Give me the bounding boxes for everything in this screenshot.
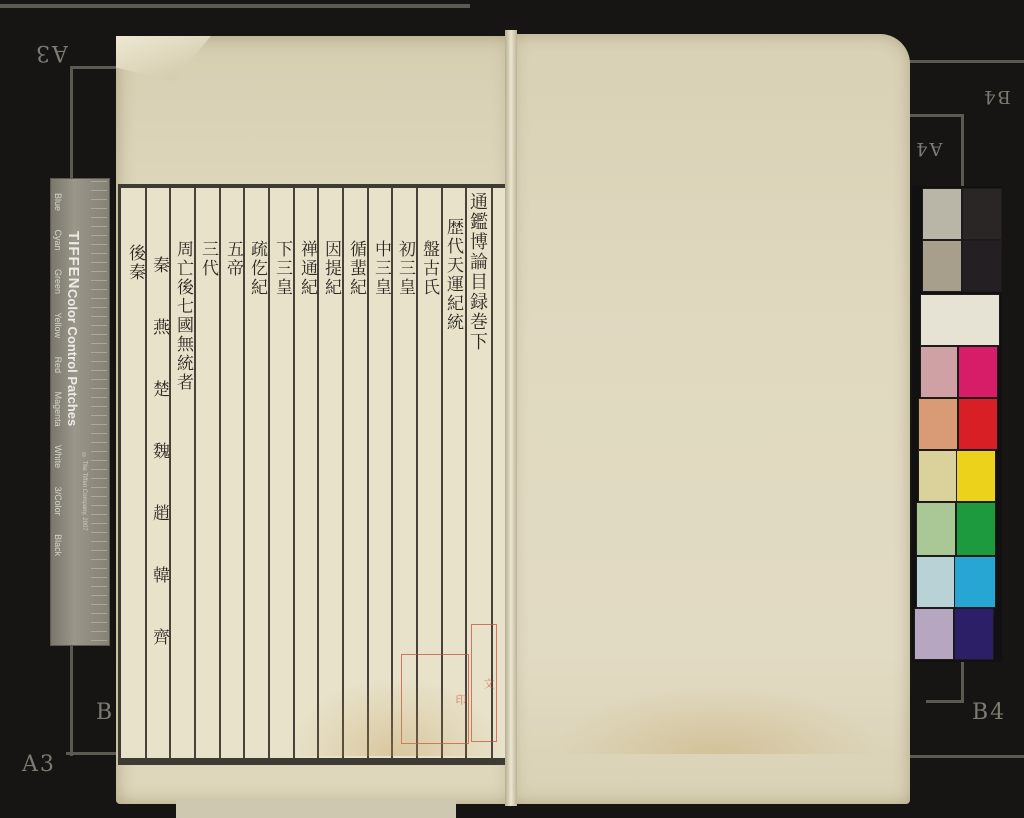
mat-label-top-left: A3: [34, 40, 68, 65]
patch-white: [920, 294, 1000, 346]
color-patch-chart: [912, 186, 1002, 662]
tiffen-copyright: © The Tiffen Company, 2007: [81, 453, 87, 531]
water-stain: [552, 684, 882, 754]
column-rule: [317, 188, 319, 758]
patch-gray-mid: [922, 240, 962, 292]
column-rule: [219, 188, 221, 758]
column-rule: [145, 188, 147, 758]
water-stain: [286, 676, 506, 756]
toc-entry: 禅通紀: [297, 240, 317, 297]
patch-magenta: [958, 346, 998, 398]
toc-entry: 中三皇: [371, 240, 391, 297]
mat-grid-line: [905, 60, 1024, 63]
mat-grid-line: [0, 4, 470, 8]
patch-green: [956, 502, 996, 556]
mat-grid-line: [905, 755, 1024, 758]
patch-cyan: [954, 556, 996, 608]
mat-grid-line: [961, 114, 964, 190]
patch-names: Blue Cyan Green Yellow Red Magenta White…: [53, 193, 63, 556]
mat-grid-line: [905, 114, 963, 117]
patch-peach: [918, 398, 958, 450]
mat-grid-line: [66, 752, 120, 755]
mat-grid-line: [926, 700, 964, 703]
folded-corner: [116, 36, 211, 81]
toc-entry: 初三皇: [395, 240, 415, 297]
book-gutter: [505, 30, 517, 806]
column-rule: [342, 188, 344, 758]
left-page: 通鑑博論目録巻下 歴代天運紀統 盤古氏 初三皇 中三皇 循蜚紀 因提紀 禅通紀 …: [116, 36, 512, 804]
mat-grid-line: [70, 66, 120, 69]
toc-entry: 五帝: [223, 240, 243, 278]
ruler-scale: [91, 181, 107, 643]
column-rule: [243, 188, 245, 758]
toc-entry: 因提紀: [321, 240, 341, 297]
toc-entry: 周亡後七國無統者: [173, 240, 193, 392]
column-rule: [367, 188, 369, 758]
toc-entry: 秦 燕 楚 魏 趙 韓 齊: [149, 256, 169, 659]
mat-label-bottom-right: B4: [972, 700, 1006, 725]
tiffen-logo: TIFFEN: [65, 231, 82, 290]
toc-entry: 後秦: [125, 244, 145, 282]
column-rule: [391, 188, 393, 758]
toc-entry: 歴代天運紀統: [443, 218, 463, 332]
tiffen-title: Color Control Patches: [65, 289, 80, 426]
mat-label-top-right-inner: A4: [914, 138, 942, 159]
patch-pale-cyan: [916, 556, 956, 608]
page-tab-strip: [176, 800, 456, 818]
patch-black-2: [962, 240, 1002, 292]
patch-black: [962, 188, 1002, 240]
toc-entry: 下三皇: [272, 240, 292, 297]
mat-label-bottom-left: A3: [22, 752, 56, 777]
toc-entry: 循蜚紀: [346, 240, 366, 297]
patch-pale-yellow: [918, 450, 958, 502]
toc-entry: 疏仡紀: [247, 240, 267, 297]
right-page-blank: [512, 34, 910, 804]
column-rule: [293, 188, 295, 758]
mat-label-bottom-left-inner: B: [96, 700, 114, 725]
patch-pale-green: [916, 502, 956, 556]
patch-gray-light: [922, 188, 962, 240]
patch-red: [958, 398, 998, 450]
patch-lavender: [914, 608, 954, 660]
column-rule: [194, 188, 196, 758]
patch-pink: [920, 346, 958, 398]
mat-grid-line: [961, 660, 964, 702]
book-title-column: 通鑑博論目録巻下: [467, 192, 487, 352]
tiffen-color-control-strip: Blue Cyan Green Yellow Red Magenta White…: [50, 178, 110, 646]
column-rule: [268, 188, 270, 758]
toc-entry: 三代: [198, 240, 218, 278]
toc-entry: 盤古氏: [419, 240, 439, 297]
patch-yellow: [956, 450, 996, 502]
mat-label-top-right-outer: B4: [982, 86, 1011, 107]
patch-blue: [954, 608, 994, 660]
column-rule: [169, 188, 171, 758]
